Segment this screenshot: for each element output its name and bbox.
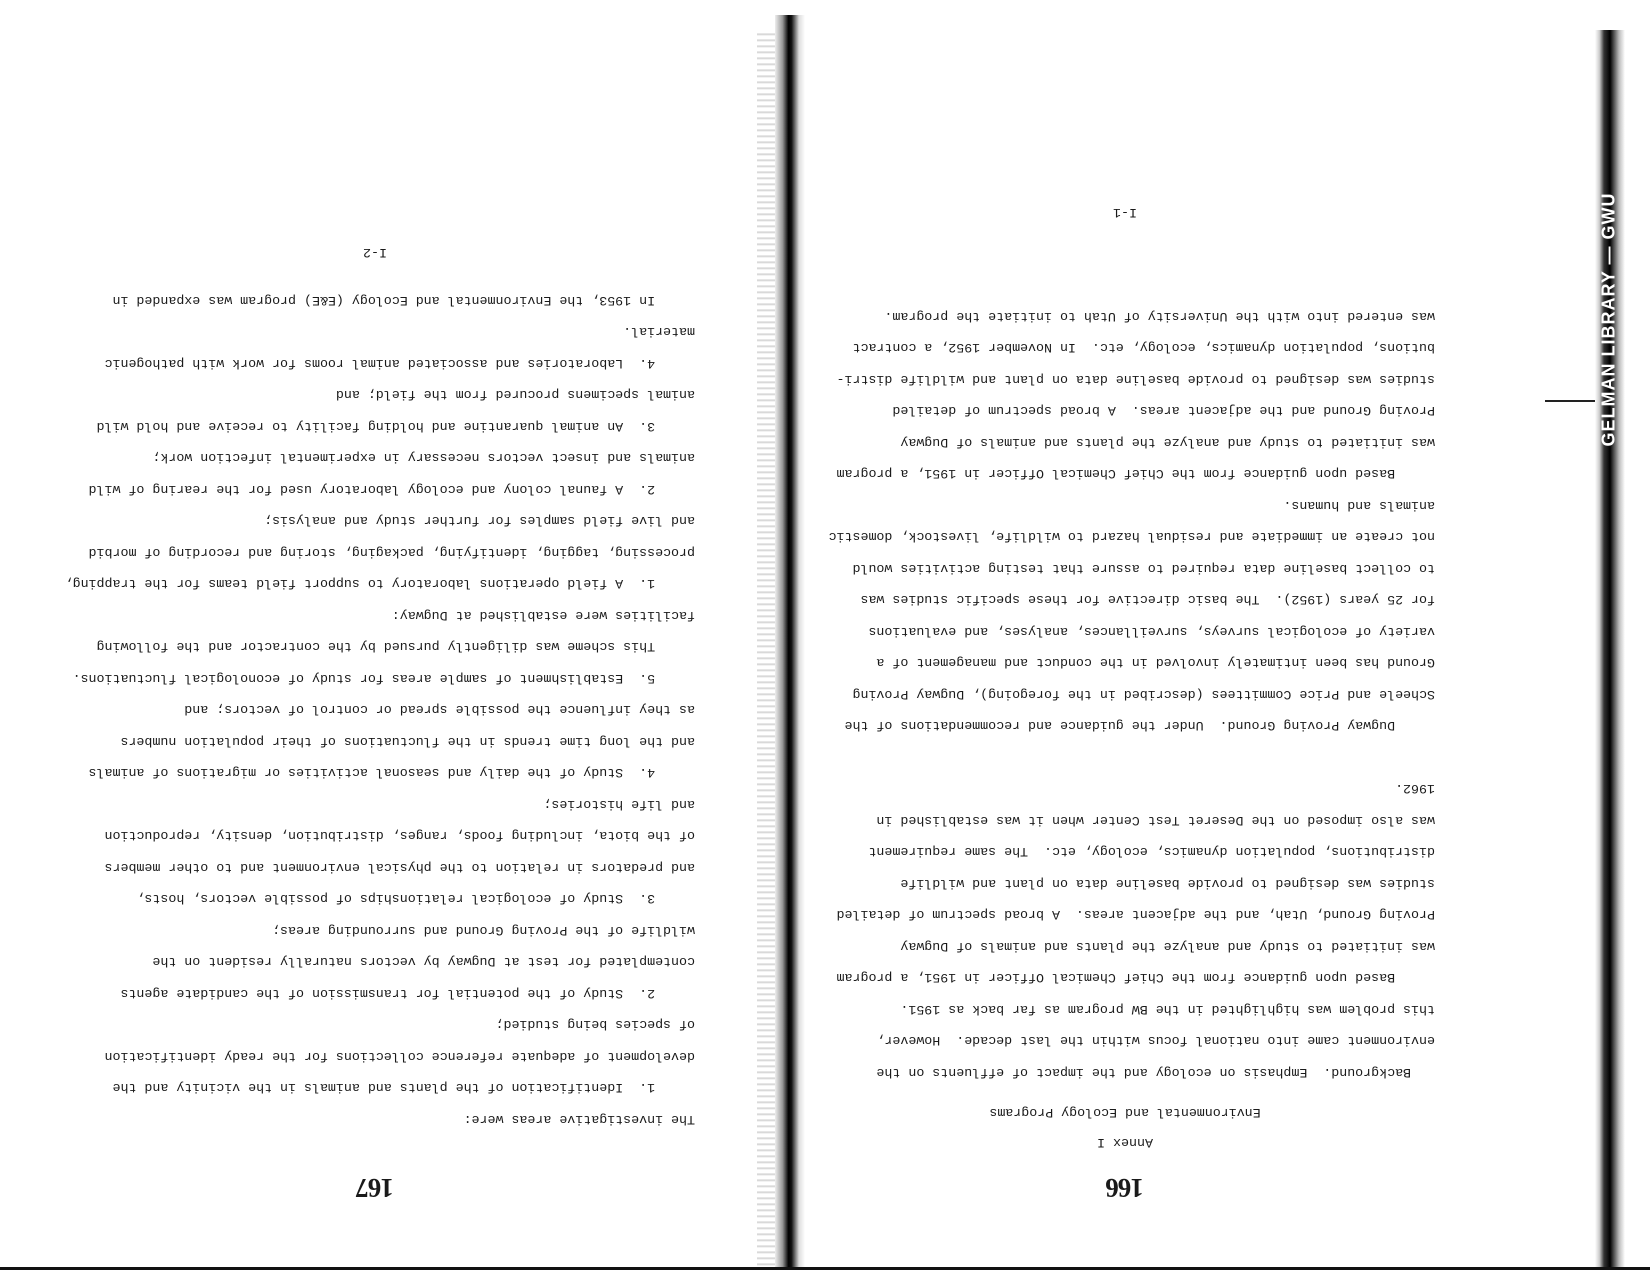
text-line: material. <box>55 316 695 348</box>
text-line: 4. Laboratories and associated animal ro… <box>55 348 695 380</box>
gutter-noise <box>757 30 775 1270</box>
text-line: contemplated for test at Dugway by vecto… <box>55 946 695 978</box>
page-167: 167 The investigative areas were: 1. Ide… <box>55 0 695 1270</box>
page-number: 166 <box>815 1172 1435 1203</box>
text-line: Ground has been intimately involved in t… <box>815 647 1435 679</box>
text-line <box>815 742 1435 774</box>
text-line: 1962. <box>815 773 1435 805</box>
text-line: Proving Ground and the adjacent areas. A… <box>815 395 1435 427</box>
text-line: this problem was highlighted in the BW p… <box>815 994 1435 1026</box>
text-line: facilities were established at Dugway: <box>55 600 695 632</box>
library-stamp: GELMAN LIBRARY — GWU <box>1598 110 1620 530</box>
page-footer-id: I-2 <box>55 245 695 260</box>
text-line: 2. Study of the potential for transmissi… <box>55 978 695 1010</box>
text-line: was initiated to study and analyze the p… <box>815 427 1435 459</box>
text-line: animals and humans. <box>815 490 1435 522</box>
text-line: 2. A faunal colony and ecology laborator… <box>55 474 695 506</box>
text-line: 3. Study of ecological relationships of … <box>55 883 695 915</box>
text-line: and life histories; <box>55 789 695 821</box>
text-line: was initiated to study and analyze the p… <box>815 931 1435 963</box>
text-line: processing, tagging, identifying, packag… <box>55 537 695 569</box>
text-line: was entered into with the University of … <box>815 301 1435 333</box>
text-line: Dugway Proving Ground. Under the guidanc… <box>815 710 1435 742</box>
page-footer-id: I-1 <box>815 205 1435 220</box>
text-line: wildlife of the Proving Ground and surro… <box>55 915 695 947</box>
text-line: This scheme was diligently pursued by th… <box>55 631 695 663</box>
scanned-book-spread: GELMAN LIBRARY — GWU 166 Annex I Environ… <box>0 0 1650 1270</box>
text-line: 3. An animal quarantine and holding faci… <box>55 411 695 443</box>
page-number: 167 <box>55 1172 695 1203</box>
margin-mark <box>1545 400 1595 402</box>
text-line: was also imposed on the Deseret Test Cen… <box>815 805 1435 837</box>
text-line: to collect baseline data required to ass… <box>815 553 1435 585</box>
text-line: 1. Identification of the plants and anim… <box>55 1072 695 1104</box>
text-line: Scheele and Price Committees (described … <box>815 679 1435 711</box>
page-166: 166 Annex I Environmental and Ecology Pr… <box>815 0 1435 1270</box>
text-line: and predators in relation to the physica… <box>55 852 695 884</box>
text-line: distributions, population dynamics, ecol… <box>815 836 1435 868</box>
library-stamp-text: GELMAN LIBRARY — GWU <box>1599 193 1620 447</box>
text-line: The investigative areas were: <box>55 1104 695 1136</box>
text-line: 4. Study of the daily and seasonal activ… <box>55 757 695 789</box>
text-line: Proving Ground, Utah, and the adjacent a… <box>815 899 1435 931</box>
text-line: Based upon guidance from the Chief Chemi… <box>815 458 1435 490</box>
text-line: and live field samples for further study… <box>55 505 695 537</box>
text-line: not create an immediate and residual haz… <box>815 521 1435 553</box>
text-line: 1. A field operations laboratory to supp… <box>55 568 695 600</box>
page-body: The investigative areas were: 1. Identif… <box>55 285 695 1136</box>
text-line: Based upon guidance from the Chief Chemi… <box>815 962 1435 994</box>
text-line: In 1953, the Environmental and Ecology (… <box>55 285 695 317</box>
text-line: for 25 years (1952). The basic directive… <box>815 584 1435 616</box>
text-line: development of adequate reference collec… <box>55 1041 695 1073</box>
text-line: of the biota, including foods, ranges, d… <box>55 820 695 852</box>
text-line: 5. Establishment of sample areas for stu… <box>55 663 695 695</box>
text-line: of species being studied; <box>55 1009 695 1041</box>
page-body: Background. Emphasis on ecology and the … <box>815 301 1435 1089</box>
text-line: studies was designed to provide baseline… <box>815 364 1435 396</box>
text-line: variety of ecological surveys, surveilla… <box>815 616 1435 648</box>
text-line: studies was designed to provide baseline… <box>815 868 1435 900</box>
text-line: butions, population dynamics, ecology, e… <box>815 332 1435 364</box>
text-line: animal specimens procured from the field… <box>55 379 695 411</box>
annex-subtitle: Environmental and Ecology Programs <box>815 1105 1435 1120</box>
annex-title: Annex I <box>815 1135 1435 1150</box>
text-line: as they influence the possible spread or… <box>55 694 695 726</box>
book-gutter <box>775 15 805 1270</box>
text-line: and the long time trends in the fluctuat… <box>55 726 695 758</box>
text-line: environment came into national focus wit… <box>815 1025 1435 1057</box>
text-line: animals and insect vectors necessary in … <box>55 442 695 474</box>
text-line: Background. Emphasis on ecology and the … <box>815 1057 1435 1089</box>
